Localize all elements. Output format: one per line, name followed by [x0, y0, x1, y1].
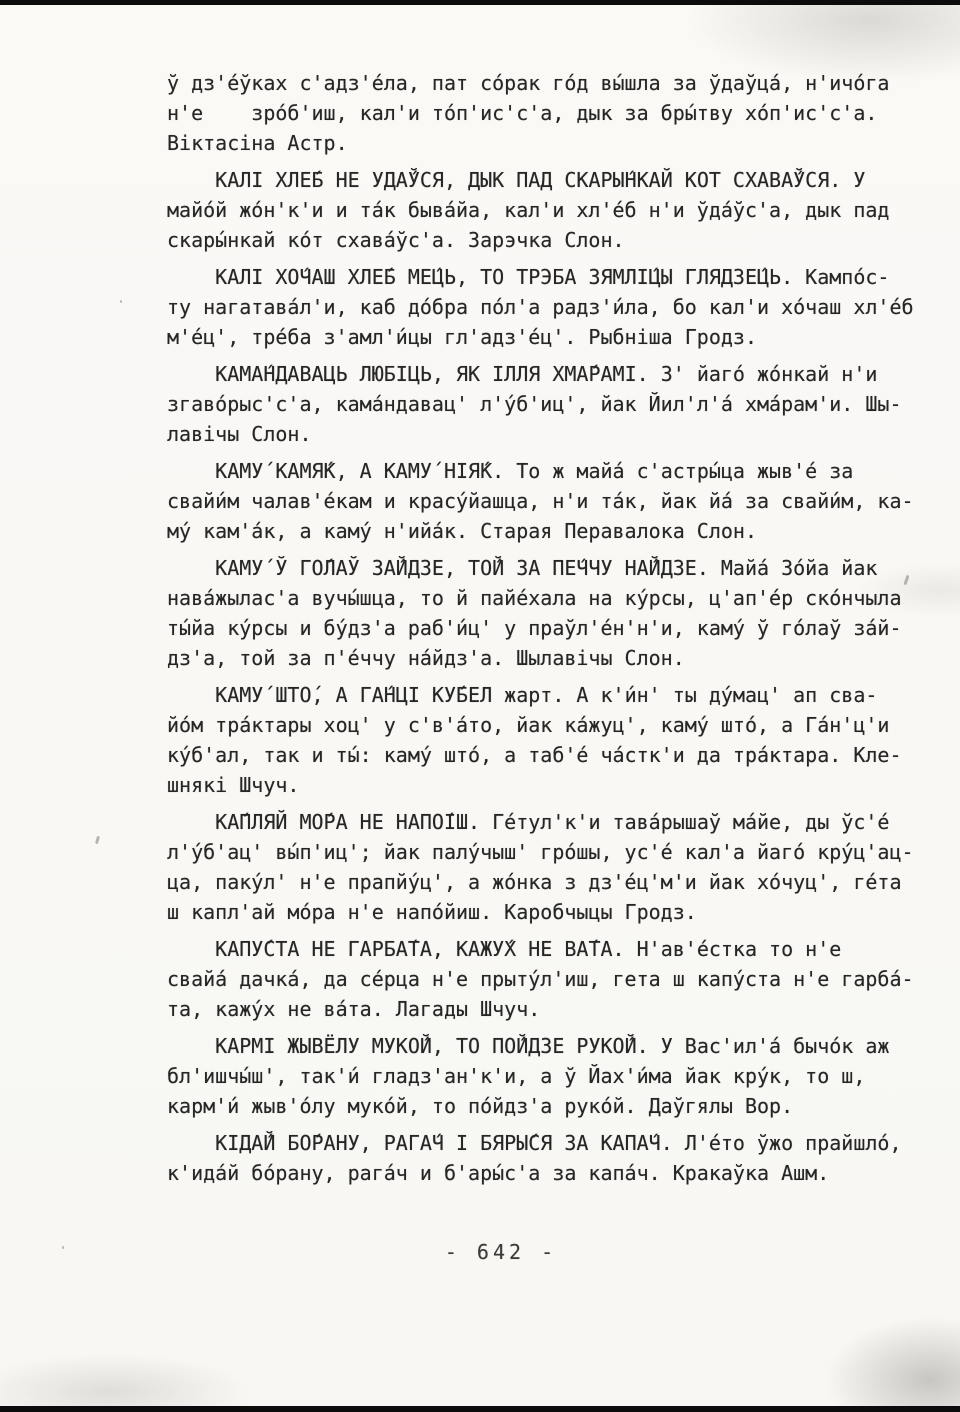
- paragraph: КАЛІ ХЛЕ́Б НЕ УДА́ЎСЯ, ДЫК ПАД СКАРЫ́НКА…: [167, 165, 960, 255]
- scan-speck: [390, 87, 392, 89]
- paragraph: КАМУ́ Ў ГО́ЛАЎ ЗА́ЙДЗЕ, ТО́Й ЗА ПЕ́ЧЧУ Н…: [167, 553, 960, 673]
- scan-speck: [120, 300, 122, 303]
- scan-speck: [95, 836, 100, 845]
- scan-edge-top: [0, 0, 960, 5]
- paragraph: КАРМІ ЖЫВЁЛУ МУКО́Й, ТО ПО́ЙДЗЕ РУКО́Й. …: [167, 1031, 960, 1121]
- scan-edge-bottom: [0, 1406, 960, 1412]
- scan-speck: [62, 1246, 64, 1249]
- paragraph: КА́ПЛЯЙ МО́РА НЕ НАПО́ІШ. Ге́тул'к'и тав…: [167, 807, 960, 927]
- page-number: - 642 -: [0, 1240, 960, 1264]
- paragraph: ў дз'е́ўках с'адз'е́ла, пат со́рак го́д …: [167, 68, 960, 158]
- paragraph: КАМУ́ ШТО́, А ГА́НЦІ КУ́БЕЛ жарт. А к'и́…: [167, 680, 960, 800]
- paragraph: КАМА́НДАВАЦЬ ЛЮБІЦЬ, ЯК ІЛЛЯ ХМА́РАМІ. З…: [167, 359, 960, 449]
- paragraph: КАЛІ ХО́ЧАШ ХЛЕ́Б МЕ́ЦЬ, ТО ТРЭБА ЗЯМЛІ́…: [167, 262, 960, 352]
- paragraph: КАПУ́СТА НЕ ГАРБА́ТА, КАЖУ́Х НЕ ВА́ТА. Н…: [167, 934, 960, 1024]
- scan-speck: [548, 112, 551, 115]
- paragraph: КАМУ́ КАМЯ́К, А КАМУ́ НІЯ́К. То ж майа́ …: [167, 456, 960, 546]
- scanned-document-page: ў дз'е́ўках с'адз'е́ла, пат со́рак го́д …: [0, 0, 960, 1412]
- paragraph: КІДА́Й БО́РАНУ, РАГА́Ч І БЯРЫ́СЯ ЗА КАПА…: [167, 1128, 960, 1188]
- page-text-block: ў дз'е́ўках с'адз'е́ла, пат со́рак го́д …: [167, 68, 960, 1188]
